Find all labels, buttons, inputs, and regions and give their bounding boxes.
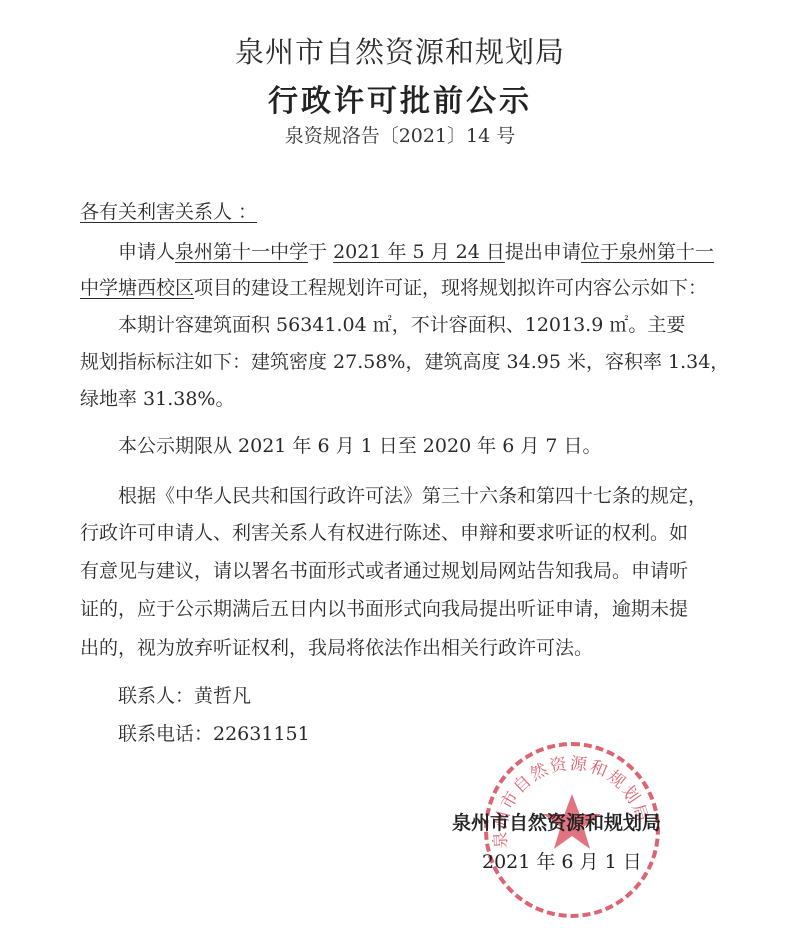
signature-organization: 泉州市自然资源和规划局 [452,808,661,835]
document-number: 泉资规洛告〔2021〕14 号 [0,121,800,148]
salutation: 各有关利害关系人 ： [80,200,257,224]
paragraph-2-line-1: 本期计容建筑面积 56341.04 ㎡，不计容面积、12013.9 ㎡。主要 [118,313,685,337]
paragraph-4-line-2: 行政许可申请人、利害关系人有权进行陈述、申辩和要求听证的权利。如 [80,521,688,545]
paragraph-4-line-4: 证的，应于公示期满后五日内以书面形式向我局提出听证申请，逾期未提 [80,597,688,621]
paragraph-4-line-3: 有意见与建议，请以署名书面形式或者通过规划局网站告知我局。申请听 [80,559,688,583]
organization-heading: 泉州市自然资源和规划局 [0,30,800,71]
text: 提出申请 [505,241,581,263]
text: 申请人 [118,241,175,263]
applicant-name: 泉州第十一中学 [175,241,308,263]
application-date: 2021 年 5 月 24 日 [333,241,505,263]
paragraph-1-line-2: 中学塘西校区项目的建设工程规划许可证，现将规划拟许可内容公示如下： [80,276,707,300]
document-page: 泉州市自然资源和规划局 行政许可批前公示 泉资规洛告〔2021〕14 号 各有关… [0,0,800,936]
publicity-period: 本公示期限从 2021 年 6 月 1 日至 2020 年 6 月 7 日。 [118,434,602,458]
paragraph-2-line-2: 规划指标标注如下：建筑密度 27.58%，建筑高度 34.95 米，容积率 1.… [80,350,729,374]
project-location: 中学塘西校区 [80,277,194,299]
paragraph-4-line-1: 根据《中华人民共和国行政许可法》第三十六条和第四十七条的规定， [118,484,707,508]
paragraph-4-line-5: 出的，视为放弃听证权利，我局将依法作出相关行政许可法。 [80,636,593,660]
contact-person: 联系人：黄哲凡 [118,684,251,708]
project-location: 位于泉州第十一 [581,241,714,263]
text: 于 [308,241,333,263]
signature-date: 2021 年 6 月 1 日 [482,847,642,874]
document-title: 行政许可批前公示 [0,76,800,120]
text: 项目的建设工程规划许可证，现将规划拟许可内容公示如下： [194,277,707,299]
contact-phone: 联系电话：22631151 [118,722,310,746]
paragraph-2-line-3: 绿地率 31.38%。 [80,387,235,411]
paragraph-1-line-1: 申请人泉州第十一中学于 2021 年 5 月 24 日提出申请位于泉州第十一 [118,240,714,264]
